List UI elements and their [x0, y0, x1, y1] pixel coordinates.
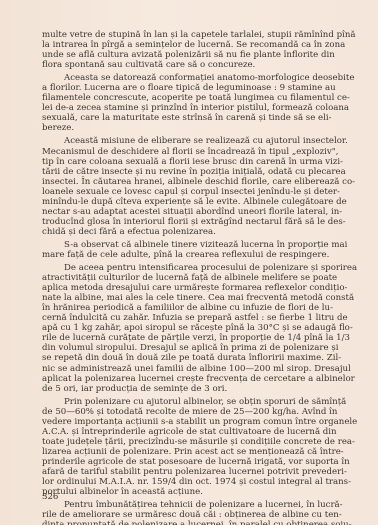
text-line: cernă îndulcită cu zahăr. Infuzia se pre…: [42, 313, 323, 323]
paragraph: De aceea pentru intensificarea procesulu…: [42, 263, 323, 394]
text-line: toate județele țării, precizîndu-se măsu…: [42, 437, 323, 447]
text-line: a florilor. Lucerna are o floare tipică …: [42, 83, 323, 93]
text-line: flora spontană sau cultivată care să o c…: [42, 60, 323, 70]
text-line: nate la albine, mai ales la cele tinere.…: [42, 293, 323, 303]
text-line: multe vetre de stupină în lan și la cape…: [42, 30, 323, 40]
text-line: de 50—60% și totodată recolte de miere d…: [42, 407, 323, 417]
text-line: Aceasta se datorează conformației anatom…: [42, 73, 323, 83]
body-text: multe vetre de stupină în lan și la cape…: [42, 30, 323, 525]
text-line: afară de tariful stabilit pentru poleniz…: [42, 467, 323, 477]
paragraph: S-a observat că albinele tinere viziteaz…: [42, 240, 323, 260]
paragraph: Prin polenizare cu ajutorul albinelor, s…: [42, 397, 323, 497]
text-line: nic se administrează unei familii de alb…: [42, 364, 323, 374]
text-line: lizarea acțiunii de polenizare. Prin ace…: [42, 447, 323, 457]
text-line: Mecanismul de deschidere al florii se în…: [42, 147, 323, 157]
text-line: sexuală, care la maturitate este strînsă…: [42, 113, 323, 123]
paragraph: Această misiune de eliberare se realizea…: [42, 136, 323, 236]
text-line: vedere importanța acțiunii s-a stabilit …: [42, 417, 323, 427]
paragraph: Pentru îmbunătățirea tehnicii de poleniz…: [42, 500, 323, 525]
text-line: prinderile agricole de stat posesoare de…: [42, 457, 323, 467]
text-line: rile de lucernă curățate de părțile verz…: [42, 333, 323, 343]
page-number: 326: [42, 492, 58, 502]
text-line: unde se află cultura avizată polenizării…: [42, 50, 323, 60]
text-line: aplicat la polenizarea lucernei crește f…: [42, 374, 323, 384]
text-line: Această misiune de eliberare se realizea…: [42, 136, 323, 146]
text-line: A.C.A. și întreprinderile agricole de st…: [42, 427, 323, 437]
text-line: S-a observat că albinele tinere viziteaz…: [42, 240, 323, 250]
paragraph: Aceasta se datorează conformației anatom…: [42, 73, 323, 133]
book-page: multe vetre de stupină în lan și la cape…: [0, 0, 378, 525]
text-line: insectei. În căutarea hranei, albinele d…: [42, 177, 323, 187]
text-line: rile de ameliorare se urmăresc două căi …: [42, 510, 323, 520]
text-line: Pentru îmbunătățirea tehnicii de poleniz…: [42, 500, 323, 510]
text-line: lei de-a zecea stamine și prinzînd în in…: [42, 103, 323, 113]
text-line: la intrarea în pîrgă a semințelor de luc…: [42, 40, 323, 50]
text-line: se repetă din două în două zile pe toată…: [42, 353, 323, 363]
text-line: bereze.: [42, 123, 323, 133]
text-line: lor ordinului M.A.I.A. nr. 159/4 din oct…: [42, 477, 323, 487]
text-line: De aceea pentru intensificarea procesulu…: [42, 263, 323, 273]
text-line: aplica metoda dresajului care urmărește …: [42, 283, 323, 293]
text-line: Prin polenizare cu ajutorul albinelor, s…: [42, 397, 323, 407]
text-line: loanele sexuale ce lovesc capul și corpu…: [42, 187, 323, 197]
text-line: tării de către insecte și nu revine în p…: [42, 167, 323, 177]
text-line: minîndu-le după cîteva experiențe să le …: [42, 197, 323, 207]
text-line: portului albinelor în această acțiune.: [42, 487, 323, 497]
text-line: în hrănirea periodică a familiilor de al…: [42, 303, 323, 313]
text-line: apă cu 1 kg zahăr, apoi siropul se răceș…: [42, 323, 323, 333]
text-line: de 5 ori, iar producția de semințe de 3 …: [42, 384, 323, 394]
text-line: chidă și deci fără a efectua polenizarea…: [42, 227, 323, 237]
text-line: dința pronunțată de polenizare a lucerne…: [42, 520, 323, 525]
text-line: troducînd glosa în interiorul florii și …: [42, 217, 323, 227]
text-line: mare față de cele adulte, pînă la creare…: [42, 250, 323, 260]
text-line: tip în care coloana sexuală a florii ies…: [42, 157, 323, 167]
text-line: atractivității culturilor de lucernă faț…: [42, 273, 323, 283]
text-line: din volumul siropului. Dresajul se aplic…: [42, 343, 323, 353]
text-line: filamentele concrescute, acoperite pe to…: [42, 93, 323, 103]
paragraph: multe vetre de stupină în lan și la cape…: [42, 30, 323, 70]
text-line: nectar s-au adaptat acestei situații abo…: [42, 207, 323, 217]
